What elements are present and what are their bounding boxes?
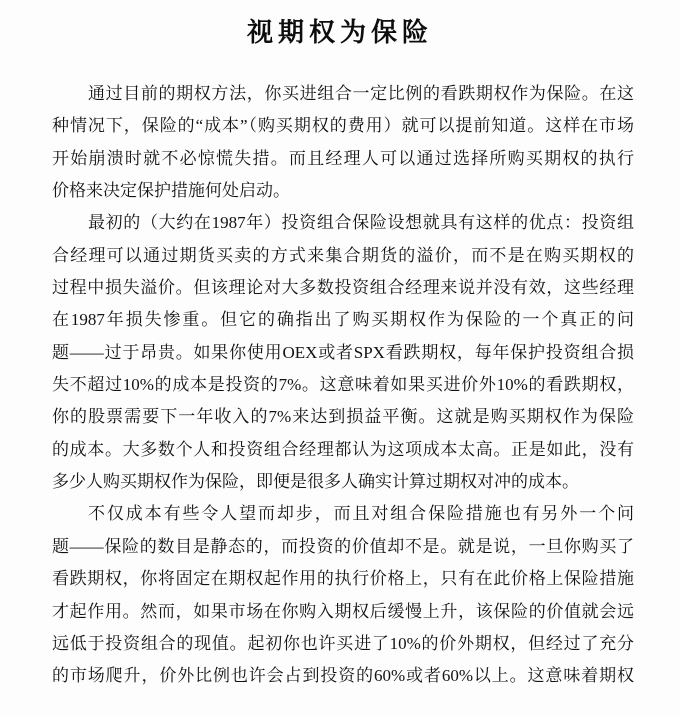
paragraph: 不仅成本有些令人望而却步，而且对组合保险措施也有另外一个问题——保险的数目是静态… [52, 498, 634, 692]
text-line: 开始崩溃时就不必惊慌失措。而且经理人可以通过选择所购买期权的执行 [52, 143, 634, 175]
text-line: 合经理可以通过期货买卖的方式来集合期货的溢价，而不是在购买期权的 [52, 240, 634, 272]
text-line: 才起作用。然而，如果市场在你购入期权后缓慢上升，该保险的价值就会远 [52, 596, 634, 628]
book-page: 视期权为保险 通过目前的期权方法，你买进组合一定比例的看跌期权作为保险。在这种情… [0, 0, 680, 717]
text-line: 种情况下，保险的“成本”（购买期权的费用）就可以提前知道。这样在市场 [52, 110, 634, 142]
text-line: 失不超过10%的成本是投资的7%。这意味着如果买进价外10%的看跌期权， [52, 369, 634, 401]
text-line: 价格来决定保护措施何处启动。 [52, 175, 634, 207]
text-line: 过程中损失溢价。但该理论对大多数投资组合经理来说并没有效，这些经理 [52, 272, 634, 304]
text-line: 题——过于昂贵。如果你使用OEX或者SPX看跌期权，每年保护投资组合损 [52, 337, 634, 369]
page-title: 视期权为保险 [0, 0, 680, 52]
text-line: 在1987年损失惨重。但它的确指出了购买期权作为保险的一个真正的问 [52, 304, 634, 336]
body-text: 通过目前的期权方法，你买进组合一定比例的看跌期权作为保险。在这种情况下，保险的“… [52, 78, 634, 693]
text-line: 不仅成本有些令人望而却步，而且对组合保险措施也有另外一个问 [52, 498, 634, 530]
text-line: 你的股票需要下一年收入的7%来达到损益平衡。这就是购买期权作为保险 [52, 401, 634, 433]
text-line: 的成本。大多数个人和投资组合经理都认为这项成本太高。正是如此，没有 [52, 434, 634, 466]
text-line: 多少人购买期权作为保险，即便是很多人确实计算过期权对冲的成本。 [52, 466, 634, 498]
text-line: 的市场爬升，价外比例也许会占到投资的60%或者60%以上。这意味着期权 [52, 660, 634, 692]
text-line: 题——保险的数目是静态的，而投资的价值却不是。就是说，一旦你购买了 [52, 531, 634, 563]
text-line: 远低于投资组合的现值。起初你也许买进了10%的价外期权，但经过了充分 [52, 628, 634, 660]
text-line: 看跌期权，你将固定在期权起作用的执行价格上，只有在此价格上保险措施 [52, 563, 634, 595]
text-line: 通过目前的期权方法，你买进组合一定比例的看跌期权作为保险。在这 [52, 78, 634, 110]
paragraph: 通过目前的期权方法，你买进组合一定比例的看跌期权作为保险。在这种情况下，保险的“… [52, 78, 634, 207]
text-line: 最初的（大约在1987年）投资组合保险设想就具有这样的优点：投资组 [52, 207, 634, 239]
paragraph: 最初的（大约在1987年）投资组合保险设想就具有这样的优点：投资组合经理可以通过… [52, 207, 634, 498]
